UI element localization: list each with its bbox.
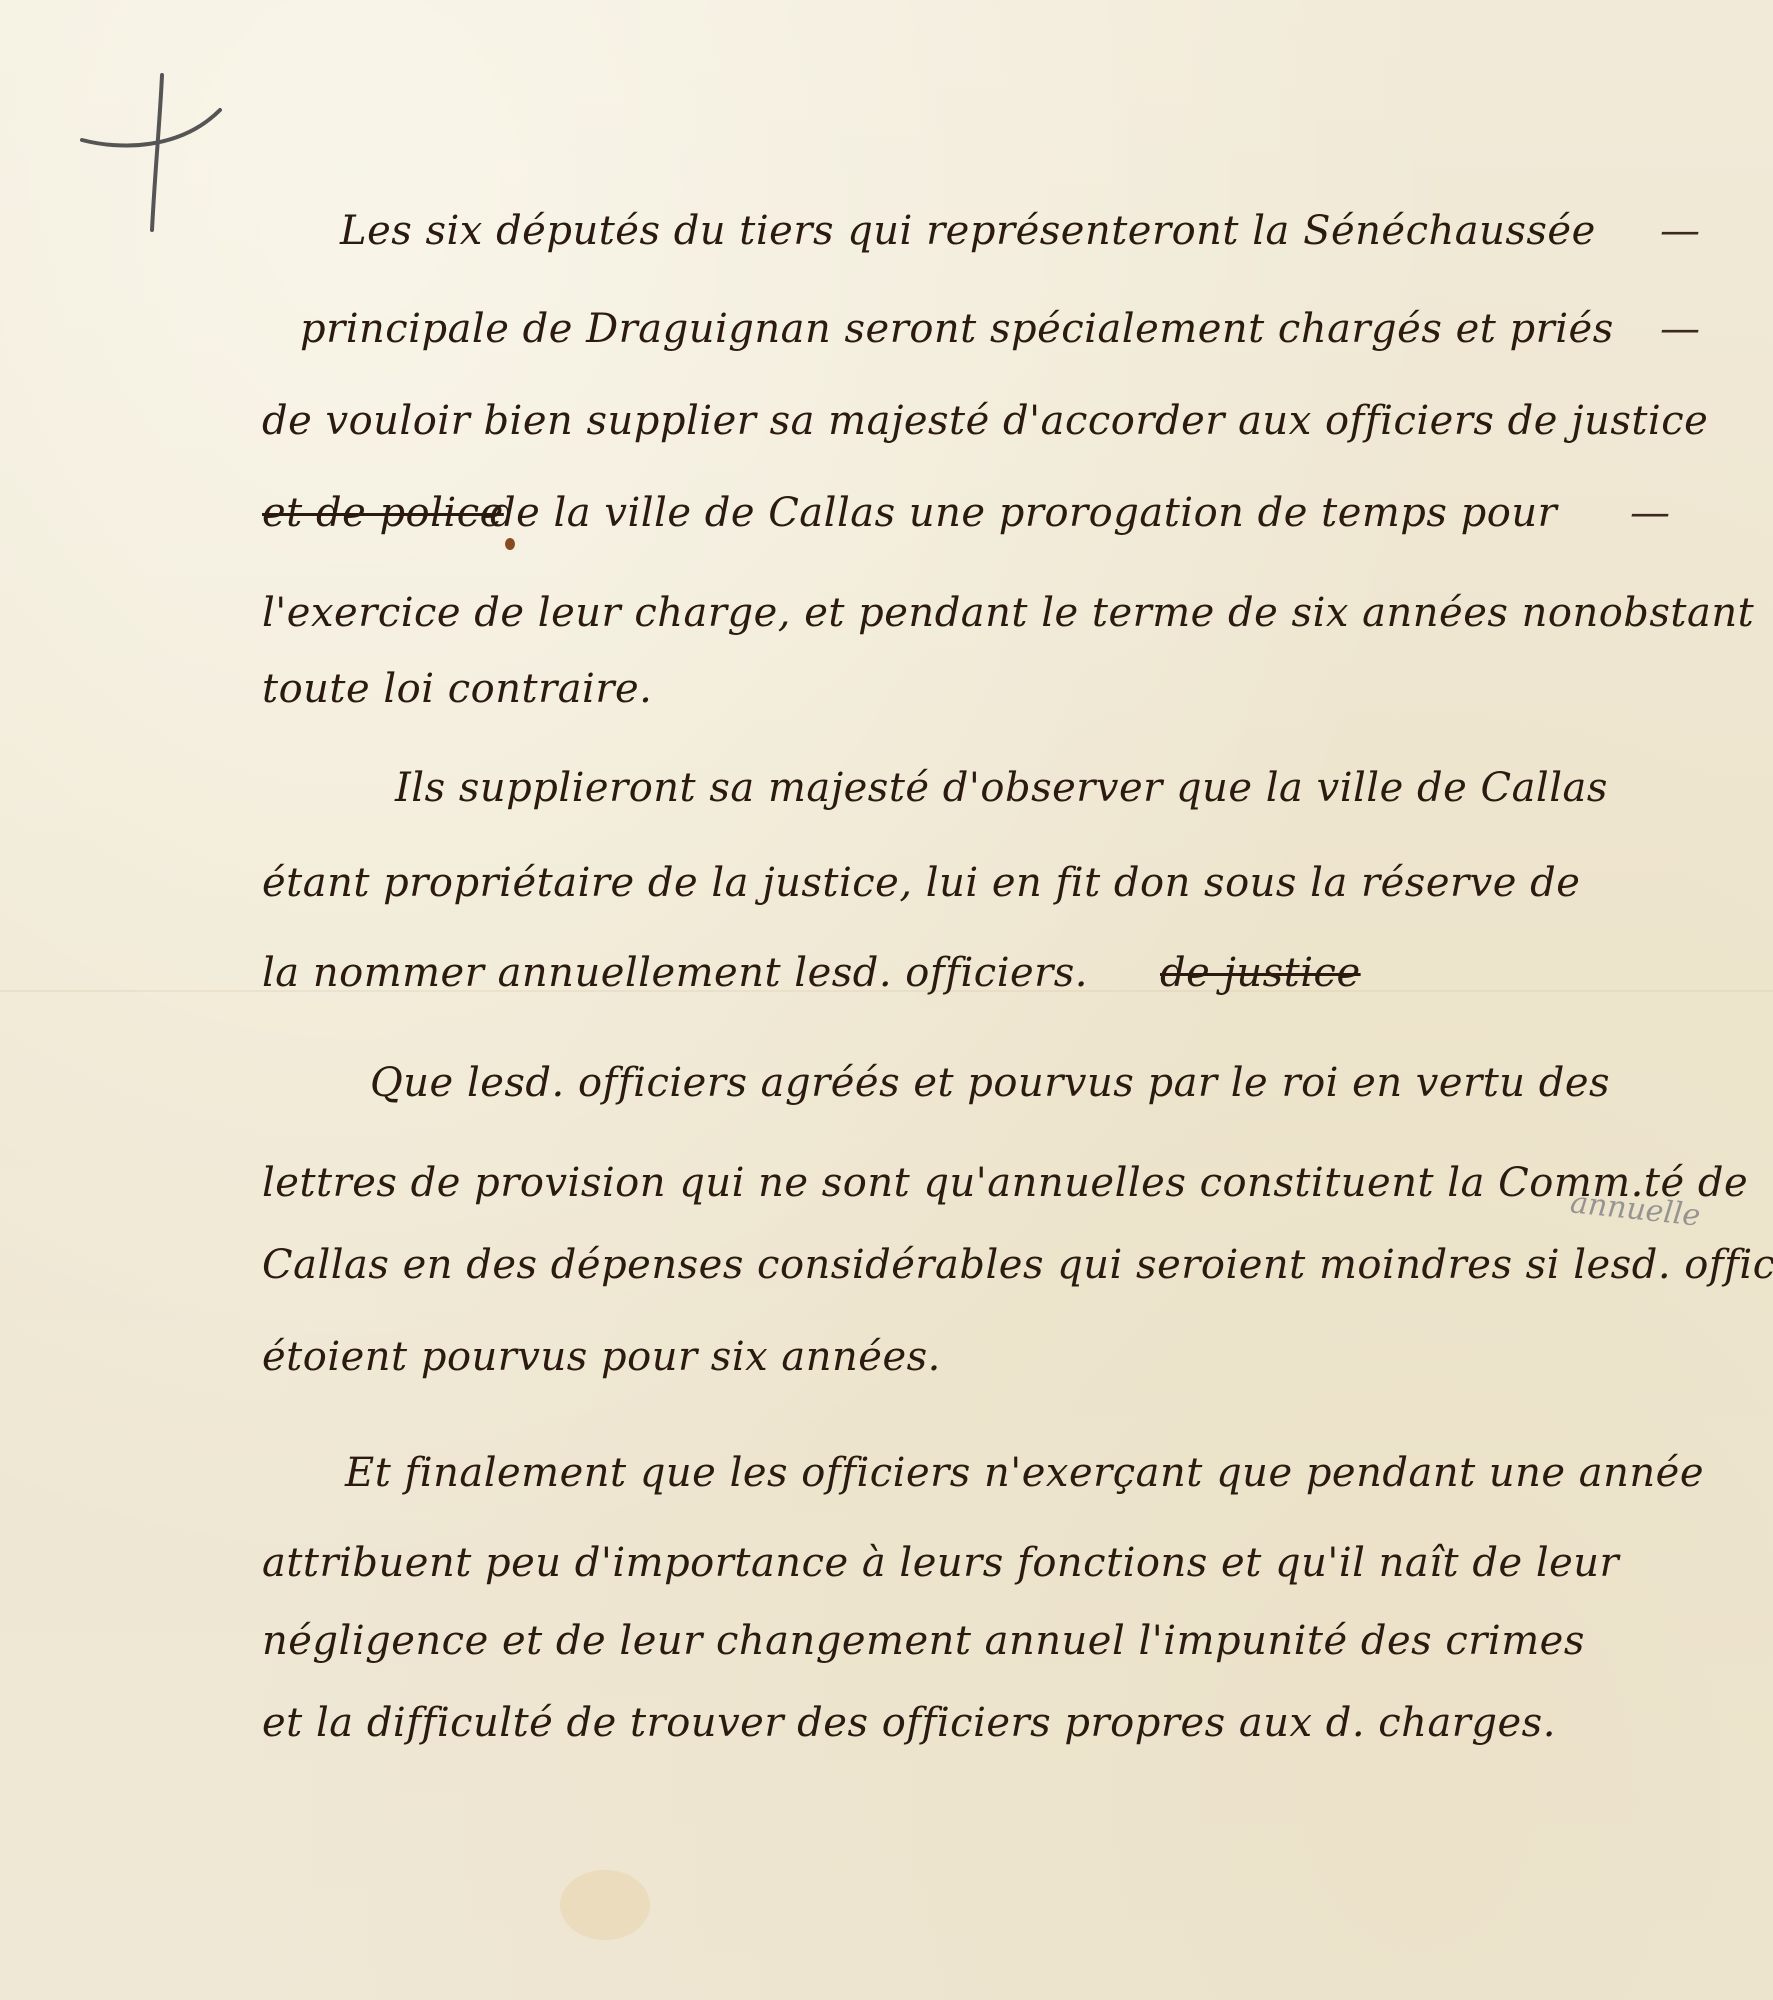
line-filler-dash: — xyxy=(1660,306,1701,352)
manuscript-line: Callas en des dépenses considérables qui… xyxy=(262,1242,1773,1288)
manuscript-line: étoient pourvus pour six années. xyxy=(262,1334,941,1380)
manuscript-line: Ils supplieront sa majesté d'observer qu… xyxy=(395,765,1608,811)
manuscript-line: Les six députés du tiers qui représenter… xyxy=(340,208,1596,254)
manuscript-line: la nommer annuellement lesd. officiers. xyxy=(262,950,1088,996)
water-stain xyxy=(560,1870,650,1940)
manuscript-line: toute loi contraire. xyxy=(262,666,652,712)
manuscript-line: négligence et de leur changement annuel … xyxy=(262,1618,1585,1664)
ink-spot xyxy=(505,538,515,550)
manuscript-line: l'exercice de leur charge, et pendant le… xyxy=(262,590,1754,636)
manuscript-line: de la ville de Callas une prorogation de… xyxy=(490,490,1557,536)
manuscript-line: et la difficulté de trouver des officier… xyxy=(262,1700,1556,1746)
manuscript-line: étant propriétaire de la justice, lui en… xyxy=(262,860,1580,906)
manuscript-line: Que lesd. officiers agréés et pourvus pa… xyxy=(370,1060,1610,1106)
margin-cross-mark xyxy=(80,70,240,240)
struck-text: et de police xyxy=(262,490,504,536)
manuscript-line: Et finalement que les officiers n'exerça… xyxy=(345,1450,1704,1496)
manuscript-line: lettres de provision qui ne sont qu'annu… xyxy=(262,1160,1748,1206)
line-filler-dash: — xyxy=(1630,490,1671,536)
line-filler-dash: — xyxy=(1660,208,1701,254)
manuscript-line: attribuent peu d'importance à leurs fonc… xyxy=(262,1540,1619,1586)
manuscript-line: principale de Draguignan seront spéciale… xyxy=(300,306,1614,352)
manuscript-page: Les six députés du tiers qui représenter… xyxy=(0,0,1773,2000)
manuscript-line: de vouloir bien supplier sa majesté d'ac… xyxy=(262,398,1708,444)
struck-text: de justice xyxy=(1160,950,1361,996)
